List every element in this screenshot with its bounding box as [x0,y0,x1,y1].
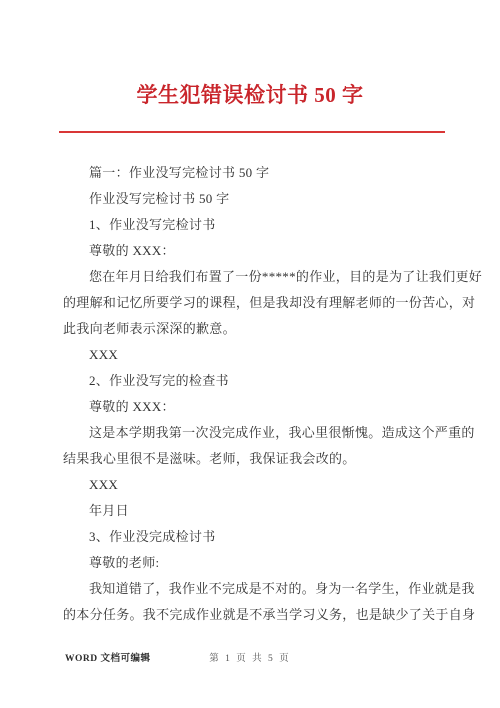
body-line: XXX [63,472,445,498]
body-line: 结果我心里很不是滋味。老师，我保证我会改的。 [63,446,445,472]
footer-page-number: 第 1 页 共 5 页 [0,651,500,667]
body-line: 的本分任务。我不完成作业就是不承当学习义务，也是缺少了关于自身 [63,602,445,628]
page-footer: WORD 文档可编辑 第 1 页 共 5 页 [0,651,500,667]
body-line: 的理解和记忆所要学习的课程，但是我却没有理解老师的一份苦心，对 [63,290,445,316]
body-line: 年月日 [63,498,445,524]
body-line: 3、作业没完成检讨书 [63,524,445,550]
body-line: 这是本学期我第一次没完成作业，我心里很惭愧。造成这个严重的 [63,420,445,446]
document-body: 篇一：作业没写完检讨书 50 字作业没写完检讨书 50 字1、作业没写完检讨书尊… [0,160,500,628]
body-line: 作业没写完检讨书 50 字 [63,186,445,212]
body-line: 尊敬的老师: [63,550,445,576]
body-line: 您在年月日给我们布置了一份*****的作业，目的是为了让我们更好 [63,264,445,290]
document-page: 学生犯错误检讨书 50 字 篇一：作业没写完检讨书 50 字作业没写完检讨书 5… [0,0,500,708]
body-line: 2、作业没写完的检查书 [63,368,445,394]
page-title: 学生犯错误检讨书 50 字 [0,0,500,108]
body-line: 1、作业没写完检讨书 [63,212,445,238]
title-divider [59,131,445,133]
body-line: 我知道错了，我作业不完成是不对的。身为一名学生，作业就是我 [63,576,445,602]
body-line: 此我向老师表示深深的歉意。 [63,316,445,342]
body-line: 篇一：作业没写完检讨书 50 字 [63,160,445,186]
body-line: 尊敬的 XXX： [63,394,445,420]
body-line: XXX [63,342,445,368]
body-line: 尊敬的 XXX： [63,238,445,264]
